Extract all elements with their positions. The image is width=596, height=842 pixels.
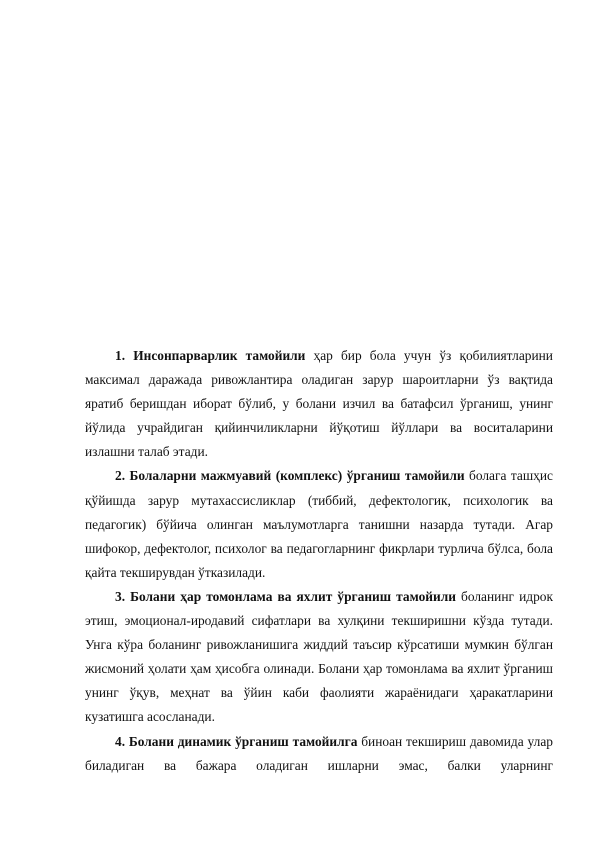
paragraph-2-text: болага ташҳис қўйишда зарур мутахассисли…: [85, 468, 553, 579]
paragraph-3-number: 3.: [115, 589, 125, 604]
paragraph-1-title: Инсонпарварлик тамойили: [133, 348, 305, 363]
paragraph-4-number: 4.: [115, 734, 125, 749]
document-page: 1. Инсонпарварлик тамойили ҳар бир бола …: [85, 344, 553, 778]
paragraph-1-heading: 1. Инсонпарварлик тамойили: [115, 348, 305, 363]
paragraph-2-title: Болаларни мажмуавий (комплекс) ўрганиш т…: [130, 468, 465, 483]
paragraph-3-heading: 3. Болани ҳар томонлама ва яхлит ўрганиш…: [115, 589, 456, 604]
paragraph-3-text: боланинг идрок этиш, эмоционал-иродавий …: [85, 589, 553, 724]
paragraph-2-heading: 2. Болаларни мажмуавий (комплекс) ўргани…: [115, 468, 465, 483]
paragraph-2-number: 2.: [115, 468, 125, 483]
paragraph-2: 2. Болаларни мажмуавий (комплекс) ўргани…: [85, 464, 553, 584]
paragraph-3-title: Болани ҳар томонлама ва яхлит ўрганиш та…: [130, 589, 456, 604]
paragraph-3: 3. Болани ҳар томонлама ва яхлит ўрганиш…: [85, 585, 553, 730]
paragraph-1: 1. Инсонпарварлик тамойили ҳар бир бола …: [85, 344, 553, 464]
paragraph-1-number: 1.: [115, 348, 125, 363]
paragraph-4: 4. Болани динамик ўрганиш тамойилга бино…: [85, 730, 553, 778]
paragraph-4-title: Болани динамик ўрганиш тамойилга: [129, 734, 357, 749]
paragraph-4-heading: 4. Болани динамик ўрганиш тамойилга: [115, 734, 357, 749]
paragraph-1-text: ҳар бир бола учун ўз қобилиятларини макс…: [85, 348, 553, 459]
